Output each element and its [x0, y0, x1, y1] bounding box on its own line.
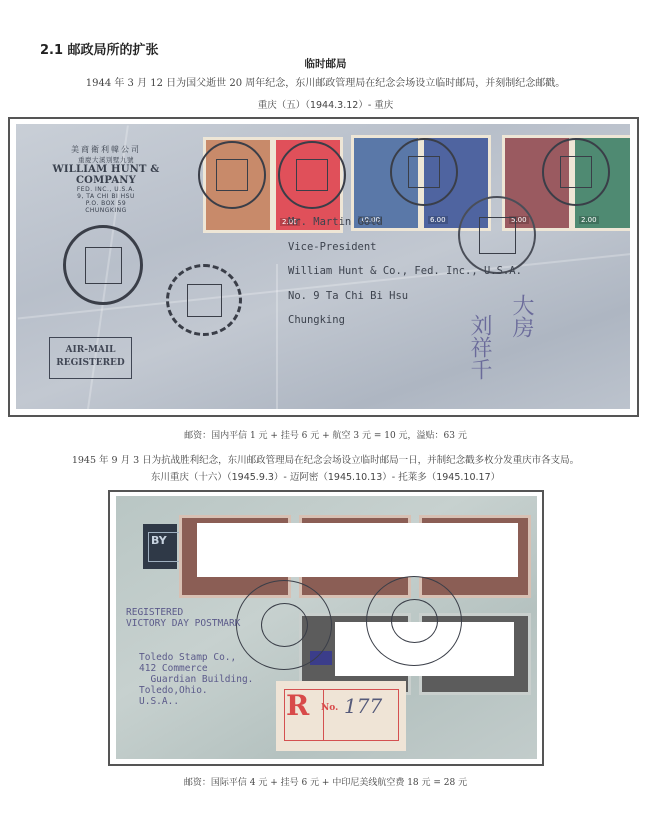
sender-return-address: 美商衛利韓公司 重慶大溪別墅九號 WILLIAM HUNT & COMPANY … [36, 144, 176, 214]
handwritten-note: 大房 [506, 294, 537, 338]
postmark [390, 138, 458, 206]
sender-chinese-name: 美商衛利韓公司 [36, 144, 176, 155]
sender-line: CHUNGKING [36, 207, 176, 214]
addressee-line: Toledo Stamp Co., [139, 652, 253, 663]
registration-number: 177 [344, 694, 382, 718]
envelope-1945: BY REGISTEREDVICTORY DAY POSTMARK Toledo… [116, 496, 537, 759]
postmark [366, 576, 462, 666]
item2-description: 1945 年 9 月 3 日为抗战胜利纪念，东川邮政管理局在纪念会场设立临时邮局… [0, 452, 651, 466]
cover-image-1944: 美商衛利韓公司 重慶大溪別墅九號 WILLIAM HUNT & COMPANY … [8, 117, 639, 417]
sender-line: P.O. BOX 59 [36, 200, 176, 207]
redacted-area [197, 523, 518, 577]
addressee-line: U.S.A.. [139, 696, 253, 707]
addressee-block: Toledo Stamp Co.,412 Commerce Guardian B… [139, 652, 253, 707]
postmark [166, 264, 242, 336]
envelope-1944: 美商衛利韓公司 重慶大溪別墅九號 WILLIAM HUNT & COMPANY … [16, 124, 630, 409]
addressee-line: 412 Commerce [139, 663, 253, 674]
item2-postage-note: 邮资：国际平信 4 元 + 挂号 6 元 + 中印尼美线航空费 18 元 = 2… [0, 775, 651, 788]
addressee-line: Guardian Building. [139, 674, 253, 685]
crease [276, 264, 278, 409]
registration-letter: R [286, 689, 309, 722]
by-air-mail-label: BY [143, 524, 177, 569]
typed-line: REGISTERED [126, 607, 240, 618]
subsection-title: 临时邮局 [0, 56, 651, 71]
stamp-denomination: 2.00 [579, 216, 599, 224]
item2-caption: 东川重庆（十六）（1945.9.3）- 迈阿密（1945.10.13）- 托莱多… [0, 469, 651, 483]
registered-victory-note: REGISTEREDVICTORY DAY POSTMARK [126, 607, 240, 629]
registered-label-text: REGISTERED [50, 357, 131, 370]
addressee-line: Mr. Martin Gold [288, 210, 522, 235]
item1-caption: 重庆（五）（1944.3.12）- 重庆 [0, 97, 651, 111]
cover-image-1945: BY REGISTEREDVICTORY DAY POSTMARK Toledo… [108, 490, 544, 766]
typed-line: VICTORY DAY POSTMARK [126, 618, 240, 629]
postmark [542, 138, 610, 206]
sender-line: FED. INC., U.S.A. [36, 186, 176, 193]
handwritten-note: 刘祥千 [464, 314, 495, 380]
airmail-registered-label: AIR-MAIL REGISTERED [49, 337, 132, 379]
airmail-label-text: AIR-MAIL [50, 344, 131, 357]
item1-postage-note: 邮资：国内平信 1 元 + 挂号 6 元 + 航空 3 元 = 10 元，溢贴：… [0, 428, 651, 441]
sender-company: WILLIAM HUNT & COMPANY [36, 164, 176, 186]
sender-chinese-address: 重慶大溪別墅九號 [36, 155, 176, 164]
by-air-text: BY [151, 534, 167, 547]
addressee-line: Toledo,Ohio. [139, 685, 253, 696]
sender-line: 9, TA CHI BI HSU [36, 193, 176, 200]
addressee-line: No. 9 Ta Chi Bi Hsu [288, 284, 522, 309]
registration-label: R No. 177 [276, 681, 406, 751]
registration-no-label: No. [321, 703, 338, 713]
postmark [278, 141, 346, 209]
item1-description: 1944 年 3 月 12 日为国父逝世 20 周年纪念，东川邮政管理局在纪念会… [0, 74, 651, 89]
addressee-line: William Hunt & Co., Fed. Inc., U.S.A. [288, 259, 522, 284]
addressee-line: Vice-President [288, 235, 522, 260]
postmark [198, 141, 266, 209]
commemorative-postmark [63, 225, 143, 305]
